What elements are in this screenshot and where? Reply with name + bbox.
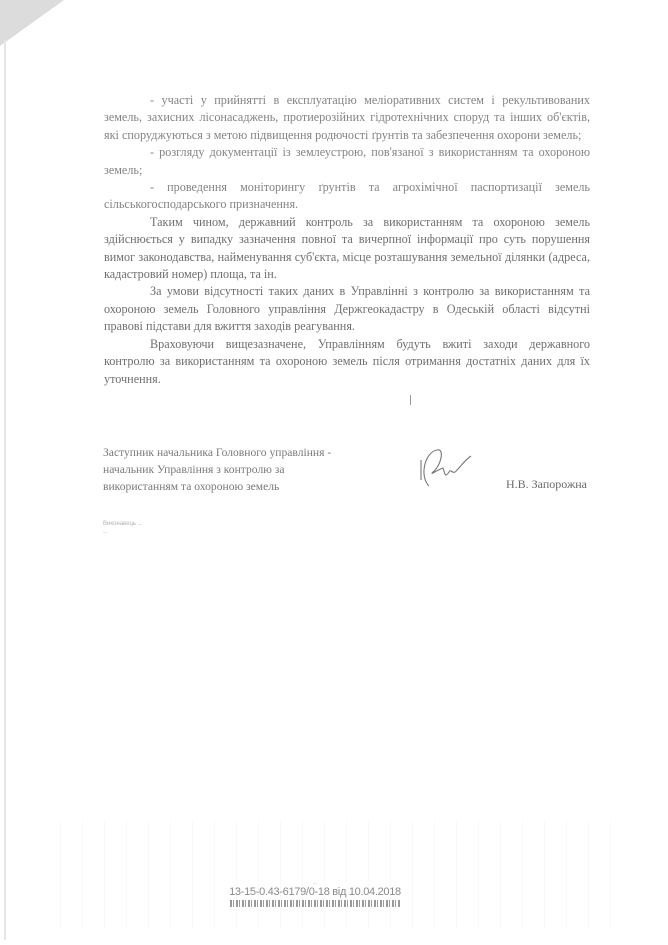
paragraph-soil-monitoring: - проведення моніторингу ґрунтів та агро… [104,179,590,214]
signatory-name: Н.В. Запорожна [506,476,587,493]
registration-number: 13-15-0.43-6179/0-18 від 10.04.2018 [200,886,430,898]
paragraph-state-control: Таким чином, державний контроль за викор… [104,214,590,284]
folded-corner [0,0,64,46]
signatory-title: Заступник начальника Головного управлінн… [103,444,403,495]
scan-mark [410,395,411,405]
signature-block: Заступник начальника Головного управлінн… [103,444,593,495]
scan-edge [4,40,6,940]
barcode [230,900,400,907]
scan-noise [60,820,620,930]
executor-info: Виконавець ... ... [103,520,143,536]
paragraph-absence-of-data: За умови відсутності таких даних в Управ… [104,283,590,335]
paragraph-conclusion: Враховуючи вищезазначене, Управлінням бу… [104,336,590,388]
registration-stamp: ... 13-15-0.43-6179/0-18 від 10.04.2018 [200,880,430,907]
handwritten-signature-icon [415,446,475,492]
paragraph-land-documentation: - розгляду документації із землеустрою, … [104,144,590,179]
letter-body: - участі у прийнятті в експлуатацію мелі… [104,92,590,388]
paragraph-melioration: - участі у прийнятті в експлуатацію мелі… [104,92,590,144]
